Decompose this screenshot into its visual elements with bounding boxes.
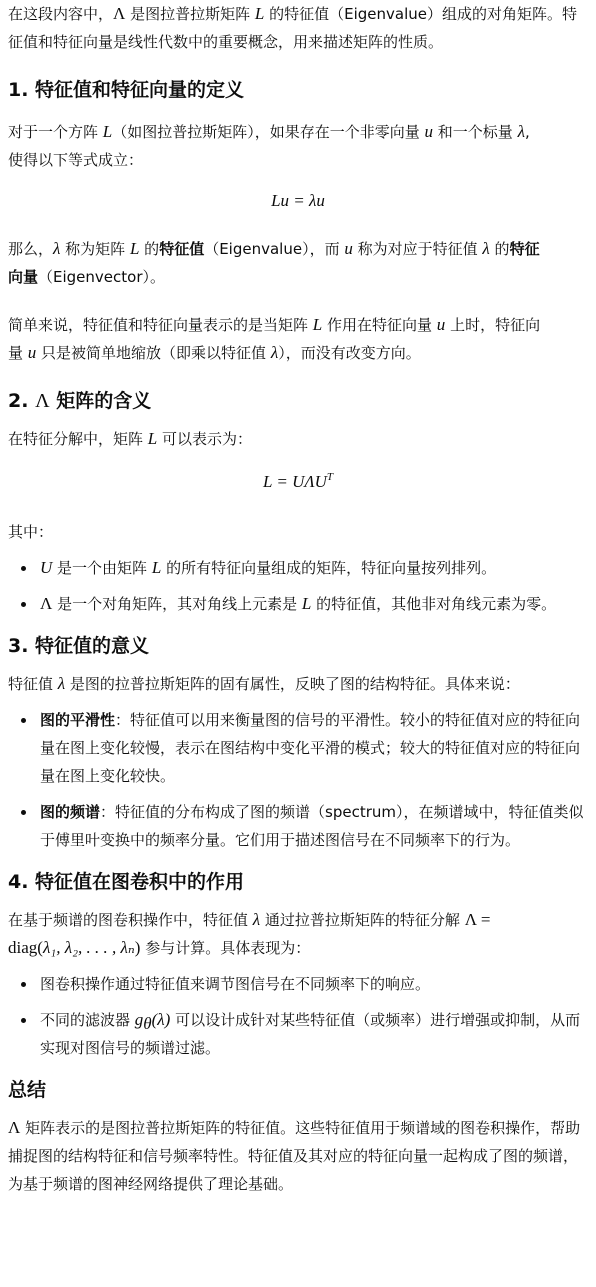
text: ：特征值的分布构成了图的频谱（spectrum），在频谱域中，特征值类似于傅里叶… [40,803,584,849]
document: 在这段内容中，Λ 是图拉普拉斯矩阵 L 的特征值（Eigenvalue）组成的对… [0,0,596,1198]
math-lambda: λ [482,239,489,258]
text: 是一个由矩阵 [52,559,152,577]
text: ：特征值可以用来衡量图的信号的平滑性。较小的特征值对应的特征向量在图上变化较慢，… [40,711,580,785]
math-L: L [130,239,139,258]
math-L: L [255,4,264,23]
math-lambda-cap: Λ [8,1118,20,1137]
math-L: L [103,122,112,141]
bold-term: 图的平滑性 [40,711,115,729]
math-arg: (λ) [152,1010,171,1029]
text: 上时，特征向 [445,316,540,334]
math-u: u [425,122,434,141]
text: （Eigenvalue），而 [204,240,344,258]
math-lambda-cap: Λ [35,390,50,412]
text: 参与计算。具体表现为： [140,939,310,957]
bold-term: 图的频谱 [40,803,100,821]
text: 作用在特征向量 [322,316,437,334]
summary-paragraph: Λ 矩阵表示的是图拉普拉斯矩阵的特征值。这些特征值用于频谱域的图卷积操作，帮助捕… [8,1114,588,1198]
text: , [525,123,530,141]
text: 的 [139,240,159,258]
math-lambda-cap: Λ [113,4,125,23]
text: 使得以下等式成立： [8,151,143,169]
text: （如图拉普拉斯矩阵），如果存在一个非零向量 [112,123,424,141]
text: 那么， [8,240,53,258]
text: 不同的滤波器 [40,1011,135,1029]
math-u: u [28,343,37,362]
text: 的 [490,240,510,258]
math-args: λ₁, λ₂, . . . , λₙ [43,938,135,957]
section-heading: 总结 [8,1076,588,1104]
text: 的所有特征向量组成的矩阵，特征向量按列排列。 [161,559,496,577]
heading-text: 矩阵的含义 [50,390,152,412]
text: 和一个标量 [433,123,518,141]
math-lambda: λ [518,122,525,141]
text: 的特征值（Eigenvalue）组成的对角矩 [264,5,532,23]
text: 矩阵表示的是图拉普拉斯矩阵的特征值。这些特征值用于频谱域的图卷积操作，帮助捕捉图… [8,1119,580,1193]
section-heading: 3. 特征值的意义 [8,632,588,660]
intro-paragraph: 在这段内容中，Λ 是图拉普拉斯矩阵 L 的特征值（Eigenvalue）组成的对… [8,0,588,56]
equation-text: Lu = λu [271,191,325,210]
text: 特征值 [8,675,58,693]
text: 可以表示为： [157,430,252,448]
math-L: L [148,429,157,448]
paragraph: 那么，λ 称为矩阵 L 的特征值（Eigenvalue），而 u 称为对应于特征… [8,235,588,291]
math-theta: θ [143,1014,151,1033]
paragraph: 在基于频谱的图卷积操作中，特征值 λ 通过拉普拉斯矩阵的特征分解 Λ =diag… [8,906,588,962]
text: 通过拉普拉斯矩阵的特征分解 [260,911,465,929]
math-L: L [152,558,161,577]
text: ），而没有改变方向。 [278,344,421,362]
list-item: 不同的滤波器 gθ(λ) 可以设计成针对某些特征值（或频率）进行增强或抑制，从而… [8,1006,588,1062]
equation: L = UΛUT [8,467,588,496]
math-L: L [313,315,322,334]
text: 在特征分解中，矩阵 [8,430,148,448]
math-lambda-cap: Λ [40,594,52,613]
list-item: U 是一个由矩阵 L 的所有特征向量组成的矩阵，特征向量按列排列。 [8,554,588,582]
section-heading: 2. Λ 矩阵的含义 [8,387,588,415]
bold-term: 特征 [510,240,540,258]
list-item: Λ 是一个对角矩阵，其对角线上元素是 L 的特征值，其他非对角线元素为零。 [8,590,588,618]
math-diag: diag( [8,938,43,957]
math-L: L [302,594,311,613]
text: 称为对应于特征值 [353,240,483,258]
section-heading: 1. 特征值和特征向量的定义 [8,76,588,104]
list-item: 图的平滑性：特征值可以用来衡量图的信号的平滑性。较小的特征值对应的特征向量在图上… [8,706,588,790]
text: 是图的拉普拉斯矩阵的固有属性，反映了图的结构特征。具体来说： [65,675,520,693]
equation-text: L = UΛU [263,472,327,491]
bullet-list: 图的平滑性：特征值可以用来衡量图的信号的平滑性。较小的特征值对应的特征向量在图上… [8,706,588,854]
paragraph: 简单来说，特征值和特征向量表示的是当矩阵 L 作用在特征向量 u 上时，特征向量… [8,311,588,367]
text: 图卷积操作通过特征值来调节图信号在不同频率下的响应。 [40,975,430,993]
equation: Lu = λu [8,186,588,215]
text: 只是被简单地缩放（即乘以特征值 [36,344,271,362]
text: 是图拉普拉斯矩阵 [125,5,255,23]
text: 是一个对角矩阵，其对角线上元素是 [52,595,302,613]
text: 对于一个方阵 [8,123,103,141]
text: 的特征值，其他非对角线元素为零。 [311,595,556,613]
bullet-list: U 是一个由矩阵 L 的所有特征向量组成的矩阵，特征向量按列排列。 Λ 是一个对… [8,554,588,618]
text: 称为矩阵 [60,240,130,258]
superscript: T [327,471,333,483]
paragraph: 特征值 λ 是图的拉普拉斯矩阵的固有属性，反映了图的结构特征。具体来说： [8,670,588,698]
list-item: 图卷积操作通过特征值来调节图信号在不同频率下的响应。 [8,970,588,998]
math-equation: Λ = [465,910,491,929]
paragraph: 在特征分解中，矩阵 L 可以表示为： [8,425,588,453]
bold-term: 特征值 [159,240,204,258]
math-U: U [40,558,52,577]
text: 量 [8,344,28,362]
paragraph: 对于一个方阵 L（如图拉普拉斯矩阵），如果存在一个非零向量 u 和一个标量 λ,… [8,118,588,174]
section-heading: 4. 特征值在图卷积中的作用 [8,868,588,896]
text: 在基于频谱的图卷积操作中，特征值 [8,911,253,929]
list-item: 图的频谱：特征值的分布构成了图的频谱（spectrum），在频谱域中，特征值类似… [8,798,588,854]
text: 在这段内容中， [8,5,113,23]
math-u: u [344,239,353,258]
text: 简单来说，特征值和特征向量表示的是当矩阵 [8,316,313,334]
heading-number: 2. [8,390,35,412]
text: （Eigenvector）。 [38,268,165,286]
bold-term: 向量 [8,268,38,286]
paragraph: 其中： [8,518,588,546]
math-g: g [135,1010,144,1029]
bullet-list: 图卷积操作通过特征值来调节图信号在不同频率下的响应。 不同的滤波器 gθ(λ) … [8,970,588,1062]
